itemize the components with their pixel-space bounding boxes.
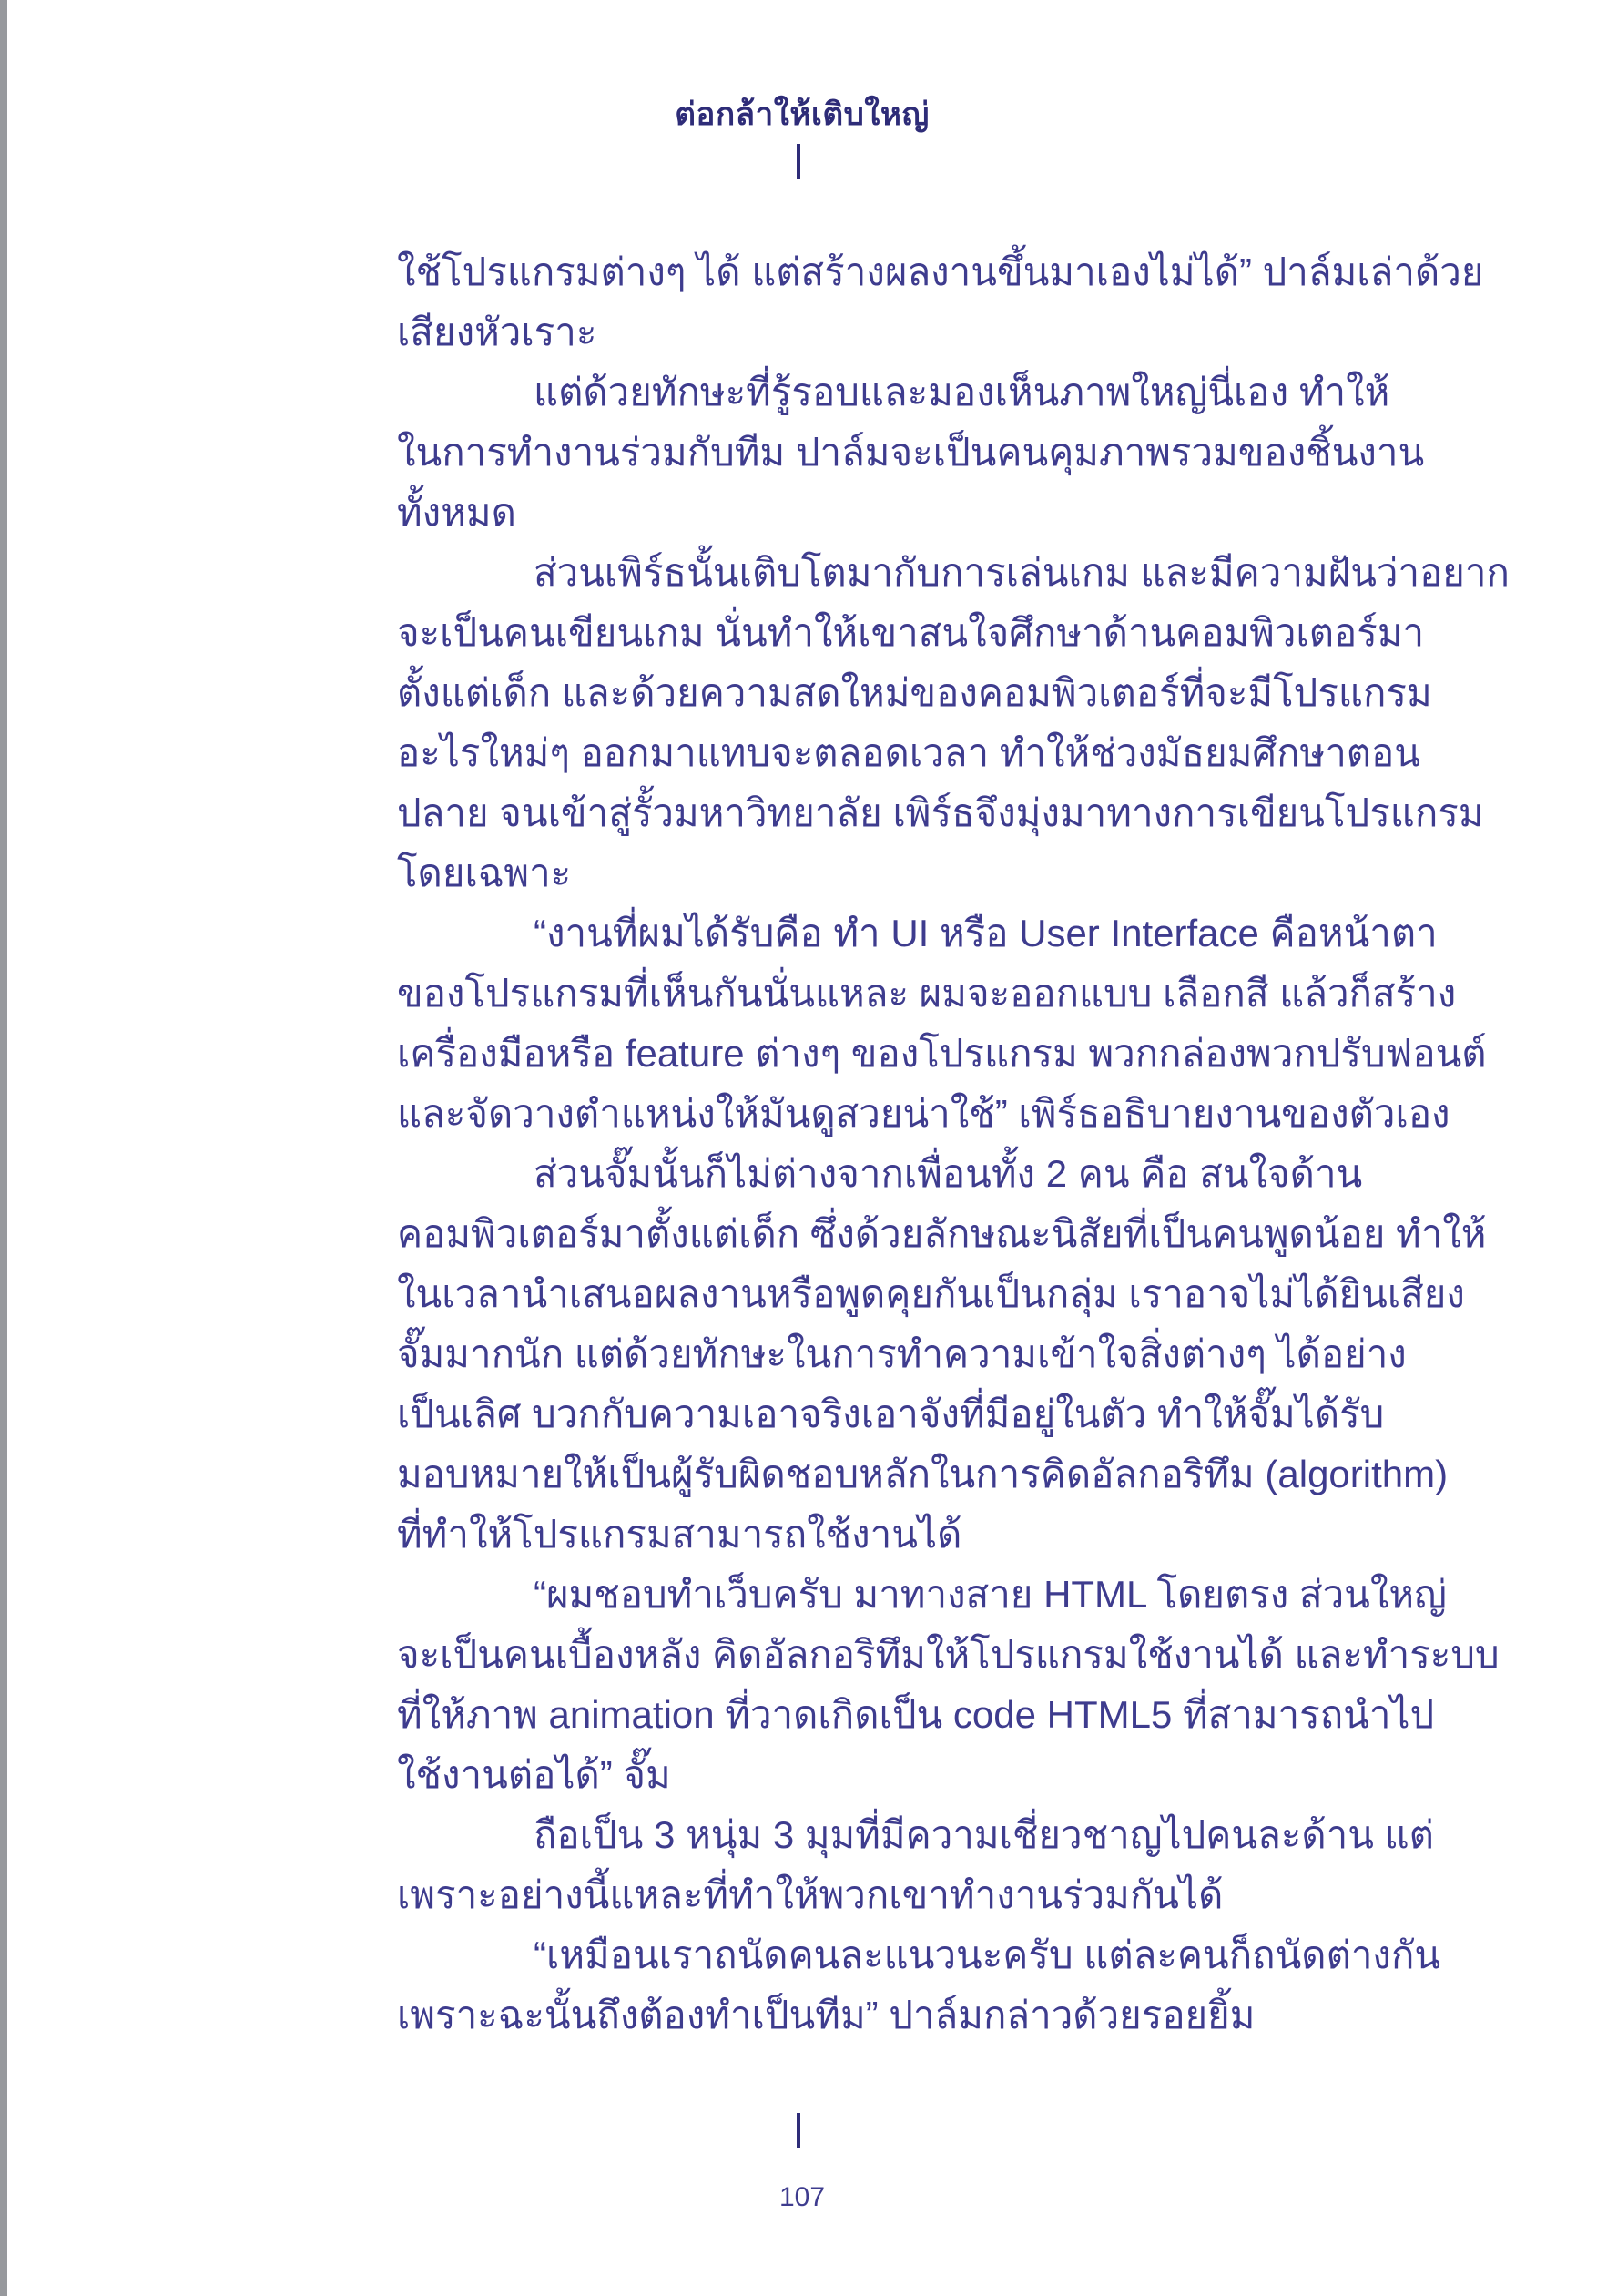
text-line: ของโปรแกรมที่เห็นกันนั่นแหละ ผมจะออกแบบ … xyxy=(397,964,1435,1024)
text-line: โดยเฉพาะ xyxy=(397,843,1435,903)
book-page: ต่อกล้าให้เติบใหญ่ ใช้โปรแกรมต่างๆ ได้ แ… xyxy=(0,0,1597,2296)
text-line: เพราะฉะนั้นถึงต้องทำเป็นทีม” ปาล์มกล่าวด… xyxy=(397,1985,1435,2046)
text-line: ส่วนเพิร์ธนั้นเติบโตมากับการเล่นเกม และม… xyxy=(397,543,1435,603)
text-line: ใช้งานต่อได้” จั๊ม xyxy=(397,1745,1435,1805)
text-line: ทั้งหมด xyxy=(397,483,1435,543)
text-line: ในการทำงานร่วมกับทีม ปาล์มจะเป็นคนคุมภาพ… xyxy=(397,423,1435,483)
text-line: จะเป็นคนเขียนเกม นั่นทำให้เขาสนใจศึกษาด้… xyxy=(397,603,1435,663)
text-line: ใช้โปรแกรมต่างๆ ได้ แต่สร้างผลงานขึ้นมาเ… xyxy=(397,242,1435,302)
text-line: คอมพิวเตอร์มาตั้งแต่เด็ก ซึ่งด้วยลักษณะน… xyxy=(397,1204,1435,1264)
body-text: ใช้โปรแกรมต่างๆ ได้ แต่สร้างผลงานขึ้นมาเ… xyxy=(397,242,1435,2046)
text-line: มอบหมายให้เป็นผู้รับผิดชอบหลักในการคิดอั… xyxy=(397,1444,1435,1505)
text-line: ในเวลานำเสนอผลงานหรือพูดคุยกันเป็นกลุ่ม … xyxy=(397,1264,1435,1324)
text-line: เสียงหัวเราะ xyxy=(397,302,1435,362)
text-line: ส่วนจั๊มนั้นก็ไม่ต่างจากเพื่อนทั้ง 2 คน … xyxy=(397,1144,1435,1204)
text-line: จั๊มมากนัก แต่ด้วยทักษะในการทำความเข้าใจ… xyxy=(397,1324,1435,1384)
text-line: เครื่องมือหรือ feature ต่างๆ ของโปรแกรม … xyxy=(397,1024,1435,1084)
text-line: อะไรใหม่ๆ ออกมาแทบจะตลอดเวลา ทำให้ช่วงมั… xyxy=(397,723,1435,783)
bottom-divider-tick xyxy=(797,2113,800,2148)
text-line: ที่ทำให้โปรแกรมสามารถใช้งานได้ xyxy=(397,1505,1435,1565)
page-number: 107 xyxy=(7,2182,1597,2213)
text-line: “ผมชอบทำเว็บครับ มาทางสาย HTML โดยตรง ส่… xyxy=(397,1565,1435,1625)
text-line: และจัดวางตำแหน่งให้มันดูสวยน่าใช้” เพิร์… xyxy=(397,1084,1435,1144)
text-line: “เหมือนเราถนัดคนละแนวนะครับ แต่ละคนก็ถนั… xyxy=(397,1925,1435,1985)
text-line: ตั้งแต่เด็ก และด้วยความสดใหม่ของคอมพิวเต… xyxy=(397,663,1435,723)
text-line: ที่ให้ภาพ animation ที่วาดเกิดเป็น code … xyxy=(397,1685,1435,1745)
text-line: แต่ด้วยทักษะที่รู้รอบและมองเห็นภาพใหญ่นี… xyxy=(397,362,1435,423)
page-edge-strip xyxy=(0,0,7,2296)
text-line: “งานที่ผมได้รับคือ ทำ UI หรือ User Inter… xyxy=(397,903,1435,964)
top-divider-tick xyxy=(797,144,800,179)
text-line: ปลาย จนเข้าสู่รั้วมหาวิทยาลัย เพิร์ธจึงม… xyxy=(397,783,1435,843)
text-line: เป็นเลิศ บวกกับความเอาจริงเอาจังที่มีอยู… xyxy=(397,1384,1435,1444)
text-line: จะเป็นคนเบื้องหลัง คิดอัลกอริทึมให้โปรแก… xyxy=(397,1625,1435,1685)
page-header-title: ต่อกล้าให้เติบใหญ่ xyxy=(7,89,1597,139)
text-line: เพราะอย่างนี้แหละที่ทำให้พวกเขาทำงานร่วม… xyxy=(397,1865,1435,1925)
text-line: ถือเป็น 3 หนุ่ม 3 มุมที่มีความเชี่ยวชาญไ… xyxy=(397,1805,1435,1865)
